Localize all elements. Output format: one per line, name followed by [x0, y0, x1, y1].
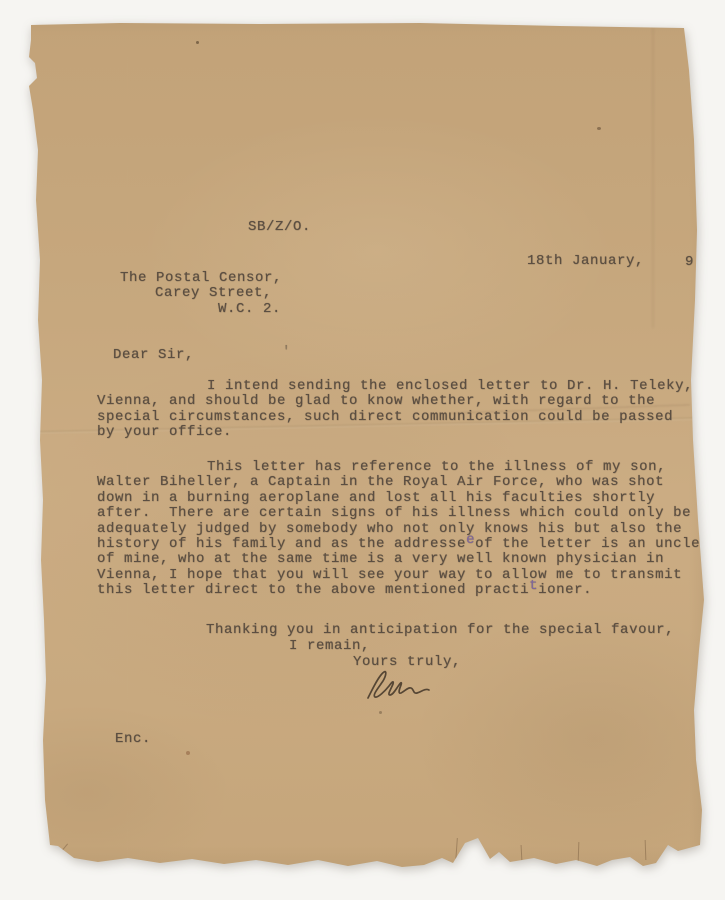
body-line: This letter has reference to the illness…: [97, 460, 700, 475]
body-line: Walter Biheller, a Captain in the Royal …: [97, 475, 700, 490]
vertical-fold-crease: [652, 28, 654, 328]
date-line: 18th January, 9: [527, 254, 644, 269]
body-line: after. There are certain signs of his il…: [97, 506, 700, 521]
paragraph-1: I intend sending the enclosed letter to …: [97, 379, 693, 441]
body-line: by your office.: [97, 425, 693, 440]
letter-paper: SB/Z/O. 18th January, 9 The Postal Censo…: [0, 0, 725, 900]
tear-mark: [521, 845, 523, 862]
stain-speck: [186, 751, 190, 755]
salutation-text: Dear Sir,: [113, 348, 194, 363]
signature: [362, 667, 434, 705]
date-text: 18th January,: [527, 254, 644, 269]
body-line: Vienna, I hope that you will see your wa…: [97, 568, 700, 583]
closing-line: Thanking you in anticipation for the spe…: [206, 623, 674, 638]
paper-sheet: SB/Z/O. 18th January, 9 The Postal Censo…: [0, 0, 725, 900]
closing-yours-truly: Yours truly,: [353, 655, 461, 670]
stray-mark-text: ': [282, 345, 291, 360]
enclosure-note: Enc.: [115, 732, 151, 747]
recipient-line: Carey Street,: [120, 286, 282, 301]
tear-mark: [578, 842, 580, 863]
body-line: Vienna, and should be glad to know wheth…: [97, 394, 693, 409]
year-digit: 9: [685, 255, 694, 270]
body-line: adequately judged by somebody who not on…: [97, 522, 700, 537]
body-text: history of his family and as the address…: [97, 536, 466, 552]
reference-code: SB/Z/O.: [248, 220, 311, 235]
body-line: down in a burning aeroplane and lost all…: [97, 491, 700, 506]
tear-mark: [455, 838, 458, 862]
tear-mark: [645, 840, 647, 860]
body-line: this letter direct to the above mentione…: [97, 583, 700, 598]
recipient-line: The Postal Censor,: [120, 271, 282, 286]
closing-line: Yours truly,: [353, 655, 461, 670]
stray-ink-mark: ': [282, 345, 291, 360]
body-line: of mine, who at the same time is a very …: [97, 552, 700, 567]
body-text: of the letter is an uncle: [475, 536, 700, 552]
paragraph-2: This letter has reference to the illness…: [97, 460, 700, 599]
enclosure-text: Enc.: [115, 732, 151, 747]
stain-speck: [196, 41, 199, 44]
closing-thanks: Thanking you in anticipation for the spe…: [206, 623, 674, 638]
salutation: Dear Sir,: [113, 348, 194, 363]
body-text: ioner.: [538, 582, 592, 598]
tear-mark: [57, 844, 68, 857]
closing-i-remain: I remain,: [289, 639, 370, 654]
body-line: special circumstances, such direct commu…: [97, 410, 693, 425]
recipient-line: W.C. 2.: [120, 302, 282, 317]
reference-text: SB/Z/O.: [248, 220, 311, 235]
stain-speck: [597, 127, 601, 130]
correction-letter-e: e: [466, 533, 475, 548]
stain-speck: [379, 711, 382, 714]
page-background: SB/Z/O. 18th January, 9 The Postal Censo…: [0, 0, 725, 900]
closing-line: I remain,: [289, 639, 370, 654]
correction-letter-t: t: [529, 579, 538, 594]
horizontal-fold-crease: [450, 404, 690, 414]
recipient-address: The Postal Censor, Carey Street, W.C. 2.: [120, 271, 282, 317]
body-line: I intend sending the enclosed letter to …: [97, 379, 693, 394]
body-line: history of his family and as the address…: [97, 537, 700, 552]
body-text: this letter direct to the above mentione…: [97, 582, 529, 598]
horizontal-fold-crease: [30, 417, 695, 434]
